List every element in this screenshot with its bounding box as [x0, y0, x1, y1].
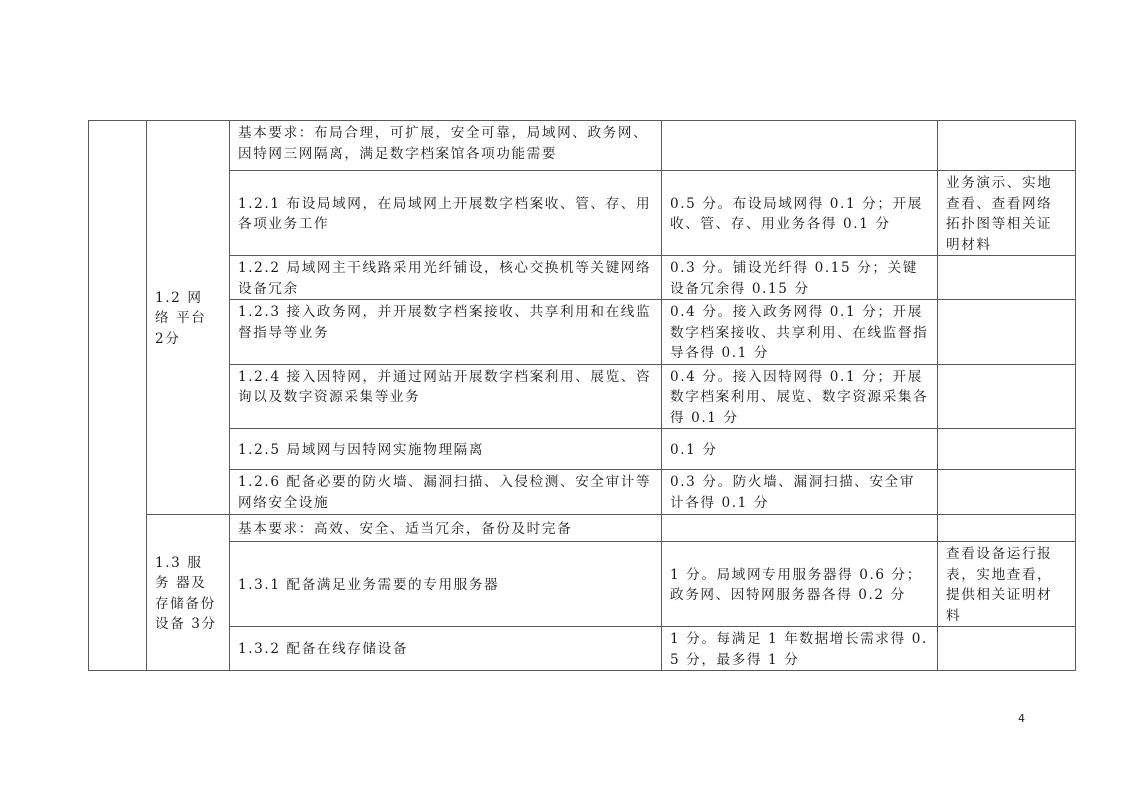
score-cell: 0.4 分。接入因特网得 0.1 分；开展数字档案利用、展览、数字资源采集各得 …: [662, 364, 938, 429]
page-number: 4: [1018, 712, 1025, 725]
table-row: 1.2.1 布设局域网，在局域网上开展数字档案收、管、存、用各项业务工作 0.5…: [89, 171, 1076, 256]
document-page: 1.2 网 络 平台 2分 基本要求：布局合理，可扩展，安全可靠，局域网、政务网…: [0, 0, 1123, 794]
score-cell: 0.4 分。接入政务网得 0.1 分；开展数字档案接收、共享利用、在线监督指导各…: [662, 300, 938, 365]
category-cell: [89, 121, 147, 671]
score-cell: 1 分。局域网专用服务器得 0.6 分；政务网、因特网服务器各得 0.2 分: [662, 542, 938, 627]
table-row: 1.2.2 局域网主干线路采用光纤铺设，核心交换机等关键网络设备冗余 0.3 分…: [89, 256, 1076, 300]
table-row: 1.2.4 接入因特网，并通过网站开展数字档案利用、展览、咨询以及数字资源采集等…: [89, 364, 1076, 429]
method-cell: [938, 300, 1076, 365]
table-row: 1.2.6 配备必要的防火墙、漏洞扫描、入侵检测、安全审计等网络安全设施 0.3…: [89, 470, 1076, 515]
evaluation-table: 1.2 网 络 平台 2分 基本要求：布局合理，可扩展，安全可靠，局域网、政务网…: [88, 120, 1076, 671]
section-label-1-2: 1.2 网 络 平台 2分: [147, 121, 230, 515]
score-cell: [662, 121, 938, 171]
table-row: 1.3.1 配备满足业务需要的专用服务器 1 分。局域网专用服务器得 0.6 分…: [89, 542, 1076, 627]
score-cell: 0.3 分。防火墙、漏洞扫描、安全审计各得 0.1 分: [662, 470, 938, 515]
item-cell: 1.2.2 局域网主干线路采用光纤铺设，核心交换机等关键网络设备冗余: [230, 256, 662, 300]
score-cell: 0.5 分。布设局域网得 0.1 分；开展收、管、存、用业务各得 0.1 分: [662, 171, 938, 256]
method-cell: [938, 515, 1076, 542]
method-cell: [938, 364, 1076, 429]
item-cell: 1.2.6 配备必要的防火墙、漏洞扫描、入侵检测、安全审计等网络安全设施: [230, 470, 662, 515]
method-cell: [938, 256, 1076, 300]
table-row: 1.2.5 局域网与因特网实施物理隔离 0.1 分: [89, 429, 1076, 470]
table-row: 1.2 网 络 平台 2分 基本要求：布局合理，可扩展，安全可靠，局域网、政务网…: [89, 121, 1076, 171]
method-cell: 查看设备运行报表，实地查看，提供相关证明材料: [938, 542, 1076, 627]
score-cell: 0.1 分: [662, 429, 938, 470]
method-cell: 业务演示、实地查看、查看网络拓扑图等相关证明材料: [938, 171, 1076, 256]
item-cell: 1.2.4 接入因特网，并通过网站开展数字档案利用、展览、咨询以及数字资源采集等…: [230, 364, 662, 429]
score-cell: [662, 515, 938, 542]
table-row: 1.3.2 配备在线存储设备 1 分。每满足 1 年数据增长需求得 0.5 分，…: [89, 627, 1076, 671]
table-row: 1.2.3 接入政务网，并开展数字档案接收、共享利用和在线监督指导等业务 0.4…: [89, 300, 1076, 365]
table-row: 1.3 服 务 器及存储备份设备 3分 基本要求：高效、安全、适当冗余，备份及时…: [89, 515, 1076, 542]
item-cell: 基本要求：布局合理，可扩展，安全可靠，局域网、政务网、因特网三网隔离，满足数字档…: [230, 121, 662, 171]
item-cell: 1.2.5 局域网与因特网实施物理隔离: [230, 429, 662, 470]
method-cell: [938, 121, 1076, 171]
item-cell: 1.2.1 布设局域网，在局域网上开展数字档案收、管、存、用各项业务工作: [230, 171, 662, 256]
item-cell: 1.3.2 配备在线存储设备: [230, 627, 662, 671]
score-cell: 1 分。每满足 1 年数据增长需求得 0.5 分，最多得 1 分: [662, 627, 938, 671]
section-label-1-3: 1.3 服 务 器及存储备份设备 3分: [147, 515, 230, 671]
method-cell: [938, 429, 1076, 470]
score-cell: 0.3 分。铺设光纤得 0.15 分；关键设备冗余得 0.15 分: [662, 256, 938, 300]
method-cell: [938, 470, 1076, 515]
item-cell: 基本要求：高效、安全、适当冗余，备份及时完备: [230, 515, 662, 542]
method-cell: [938, 627, 1076, 671]
item-cell: 1.3.1 配备满足业务需要的专用服务器: [230, 542, 662, 627]
item-cell: 1.2.3 接入政务网，并开展数字档案接收、共享利用和在线监督指导等业务: [230, 300, 662, 365]
